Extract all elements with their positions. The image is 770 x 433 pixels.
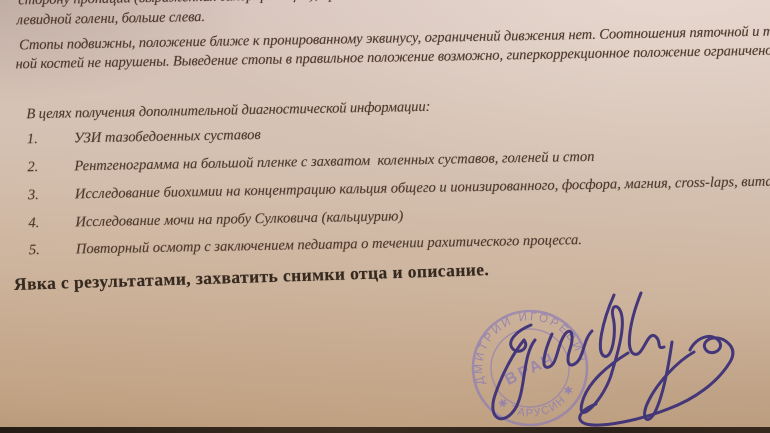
list-item-number: 2. [27,159,38,176]
paragraph-pronation-line1: сторону пронации (выраженная гиперпронац… [18,0,770,9]
typed-text-block: сторону пронации (выраженная гиперпронац… [0,0,770,433]
list-item-biochemistry: Исследование биохимии на концентрацию ка… [75,173,770,204]
list-item-number: 4. [28,215,39,232]
list-item-followup: Повторный осмотр с заключением педиатра … [76,232,582,258]
list-item-number: 3. [28,187,39,204]
paper-bottom-edge [0,427,770,433]
paragraph-pronation-line2: левидной голени, больше слева. [17,9,206,29]
list-item-xray: Рентгенограмма на большой пленке с захва… [74,149,594,176]
list-item-urine-test: Исследование мочи на пробу Сулковича (ка… [75,208,403,231]
list-item-number: 5. [29,242,40,259]
document-photo: сторону пронации (выраженная гиперпронац… [0,0,770,433]
list-item-uzi: УЗИ тазобедоенных суставов [74,127,261,147]
recommendations-heading: В целях получения дополнительной диагнос… [26,99,430,123]
list-item-number: 1. [27,131,38,148]
